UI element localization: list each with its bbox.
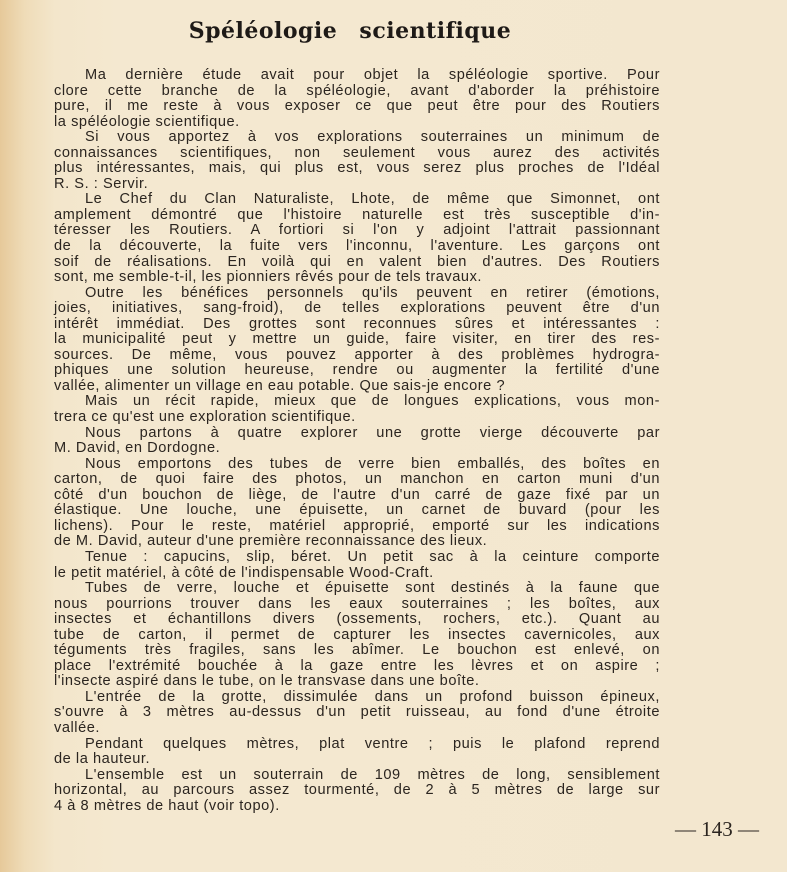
text-line: L'entrée de la grotte, dissimulée dans u… bbox=[54, 690, 660, 706]
paragraph: Outre les bénéfices personnels qu'ils pe… bbox=[54, 286, 660, 395]
scanned-page: Spéléologie scientifique Ma dernière étu… bbox=[0, 0, 787, 872]
text-line: L'ensemble est un souterrain de 109 mètr… bbox=[54, 768, 660, 784]
paragraph: L'ensemble est un souterrain de 109 mètr… bbox=[54, 768, 660, 815]
text-line: téguments très fragiles, sans les abîmer… bbox=[54, 643, 660, 659]
text-line: Tubes de verre, louche et épuisette sont… bbox=[54, 581, 660, 597]
paragraph: Mais un récit rapide, mieux que de longu… bbox=[54, 394, 660, 425]
text-line: Outre les bénéfices personnels qu'ils pe… bbox=[54, 286, 660, 302]
text-line: Pendant quelques mètres, plat ventre ; p… bbox=[54, 737, 660, 753]
text-line: Nous partons à quatre explorer une grott… bbox=[54, 426, 660, 442]
text-line: côté d'un bouchon de liège, de l'autre d… bbox=[54, 488, 660, 504]
text-line: trera ce qu'est une exploration scientif… bbox=[54, 410, 660, 426]
text-line: la municipalité peut y mettre un guide, … bbox=[54, 332, 660, 348]
text-line: 4 à 8 mètres de haut (voir topo). bbox=[54, 799, 660, 815]
text-line: M. David, en Dordogne. bbox=[54, 441, 660, 457]
text-line: de M. David, auteur d'une première recon… bbox=[54, 534, 660, 550]
text-line: s'ouvre à 3 mètres au-dessus d'un petit … bbox=[54, 705, 660, 721]
paragraph: Tenue : capucins, slip, béret. Un petit … bbox=[54, 550, 660, 581]
text-line: place l'extrémité bouchée à la gaze entr… bbox=[54, 659, 660, 675]
page-title: Spéléologie scientifique bbox=[0, 18, 700, 44]
paragraph: Le Chef du Clan Naturaliste, Lhote, de m… bbox=[54, 192, 660, 285]
paragraph: Ma dernière étude avait pour objet la sp… bbox=[54, 68, 660, 130]
text-line: téresser les Routiers. A fortiori si l'o… bbox=[54, 223, 660, 239]
text-line: intérêt immédiat. Des grottes sont recon… bbox=[54, 317, 660, 333]
text-line: sont, me semble-t-il, les pionniers rêvé… bbox=[54, 270, 660, 286]
text-line: vallée, alimenter un village en eau pota… bbox=[54, 379, 660, 395]
paragraph: L'entrée de la grotte, dissimulée dans u… bbox=[54, 690, 660, 737]
text-line: plus intéressantes, mais, qui plus est, … bbox=[54, 161, 660, 177]
text-line: l'insecte aspiré dans le tube, on le tra… bbox=[54, 674, 660, 690]
text-line: lichens). Pour le reste, matériel approp… bbox=[54, 519, 660, 535]
page-number: — 143 — bbox=[675, 817, 759, 842]
text-line: clore cette branche de la spéléologie, a… bbox=[54, 84, 660, 100]
text-line: sources. De même, vous pouvez apporter à… bbox=[54, 348, 660, 364]
text-line: Ma dernière étude avait pour objet la sp… bbox=[54, 68, 660, 84]
text-line: Nous emportons des tubes de verre bien e… bbox=[54, 457, 660, 473]
text-line: amplement démontré que l'histoire nature… bbox=[54, 208, 660, 224]
text-line: horizontal, au parcours assez tourmenté,… bbox=[54, 783, 660, 799]
text-line: Mais un récit rapide, mieux que de longu… bbox=[54, 394, 660, 410]
text-line: Si vous apportez à vos explorations sout… bbox=[54, 130, 660, 146]
text-line: connaissances scientifiques, non seuleme… bbox=[54, 146, 660, 162]
text-line: tube de carton, il permet de capturer le… bbox=[54, 628, 660, 644]
paragraph: Nous emportons des tubes de verre bien e… bbox=[54, 457, 660, 550]
article-body: Ma dernière étude avait pour objet la sp… bbox=[54, 68, 660, 814]
text-line: Tenue : capucins, slip, béret. Un petit … bbox=[54, 550, 660, 566]
text-line: carton, de quoi faire des photos, un man… bbox=[54, 472, 660, 488]
text-line: Le Chef du Clan Naturaliste, Lhote, de m… bbox=[54, 192, 660, 208]
text-line: le petit matériel, à côté de l'indispens… bbox=[54, 566, 660, 582]
text-line: joies, initiatives, sang-froid), de tell… bbox=[54, 301, 660, 317]
text-line: vallée. bbox=[54, 721, 660, 737]
title-text: Spéléologie scientifique bbox=[189, 18, 512, 44]
text-line: la spéléologie scientifique. bbox=[54, 115, 660, 131]
text-line: élastique. Une louche, une épuisette, un… bbox=[54, 503, 660, 519]
paragraph: Si vous apportez à vos explorations sout… bbox=[54, 130, 660, 192]
text-line: de la découverte, la fuite vers l'inconn… bbox=[54, 239, 660, 255]
paragraph: Pendant quelques mètres, plat ventre ; p… bbox=[54, 737, 660, 768]
text-line: nous pourrions trouver dans les eaux sou… bbox=[54, 597, 660, 613]
text-line: de la hauteur. bbox=[54, 752, 660, 768]
text-line: R. S. : Servir. bbox=[54, 177, 660, 193]
paragraph: Tubes de verre, louche et épuisette sont… bbox=[54, 581, 660, 690]
text-line: phiques une solution heureuse, rendre ou… bbox=[54, 363, 660, 379]
text-line: insectes et échantillons divers (ossemen… bbox=[54, 612, 660, 628]
paragraph: Nous partons à quatre explorer une grott… bbox=[54, 426, 660, 457]
text-line: soif de réalisations. En voilà qui en va… bbox=[54, 255, 660, 271]
text-line: pure, il me reste à vous exposer ce que … bbox=[54, 99, 660, 115]
